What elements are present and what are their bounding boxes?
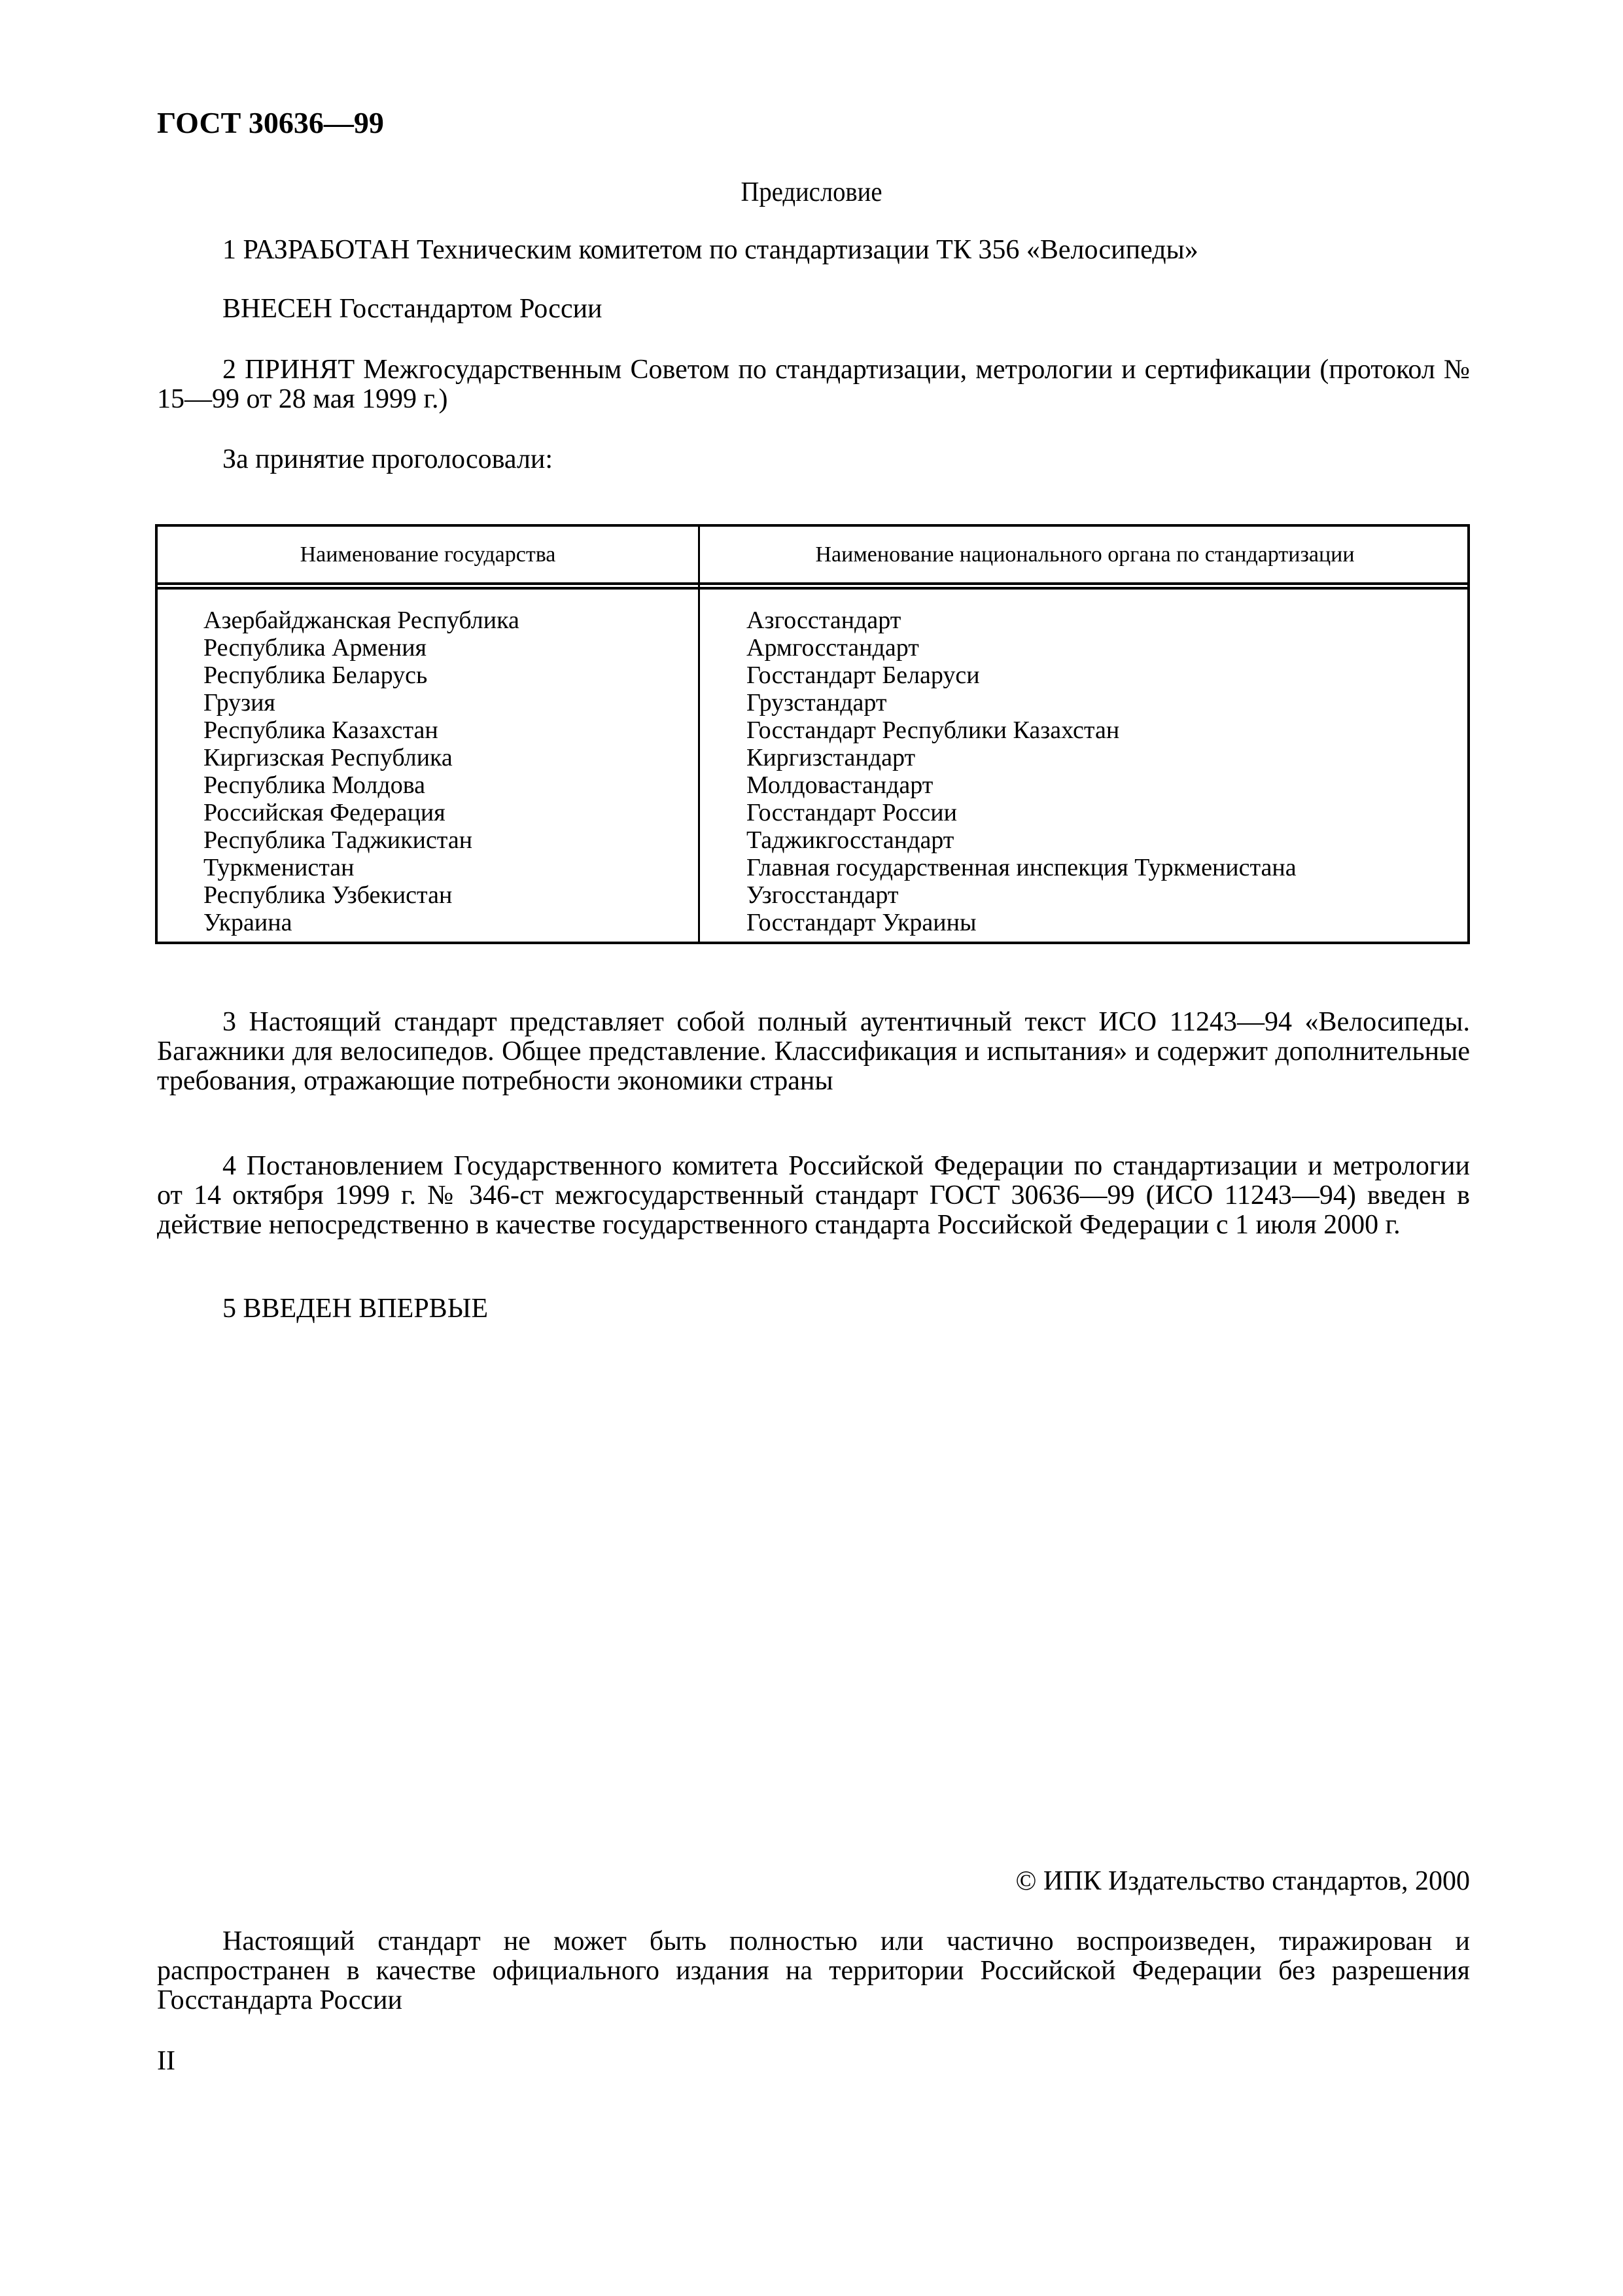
table-cell-standards-body: Госстандарт России (746, 799, 1297, 826)
table-cell-standards-body: Молдовастандарт (746, 771, 1297, 799)
reproduction-notice: Настоящий стандарт не может быть полност… (157, 1927, 1470, 2015)
table-cell-state: Украина (203, 909, 519, 936)
table-cell-state: Республика Узбекистан (203, 881, 519, 909)
paragraph-4-decree: 4 Постановлением Государственного комите… (157, 1152, 1470, 1240)
table-cell-state: Республика Молдова (203, 771, 519, 799)
table-cell-standards-body: Киргизстандарт (746, 744, 1297, 771)
table-cell-standards-body: Госстандарт Республики Казахстан (746, 716, 1297, 744)
table-header-state: Наименование государства (158, 539, 698, 571)
table-cell-state: Республика Таджикистан (203, 826, 519, 854)
table-cell-state: Республика Беларусь (203, 662, 519, 689)
paragraph-voted-for: За принятие проголосовали: (157, 445, 1470, 474)
table-header-standards-body: Наименование национального органа по ста… (700, 539, 1470, 571)
table-cell-standards-body: Таджикгосстандарт (746, 826, 1297, 854)
table-cell-state: Киргизская Республика (203, 744, 519, 771)
paragraph-1-developed-by: 1 РАЗРАБОТАН Техническим комитетом по ст… (157, 236, 1470, 265)
section-title: Предисловие (65, 175, 1558, 209)
copyright-line: © ИПК Издательство стандартов, 2000 (1015, 1865, 1470, 1898)
table-cell-standards-body: Госстандарт Украины (746, 909, 1297, 936)
table-cell-standards-body: Главная государственная инспекция Туркме… (746, 854, 1297, 881)
table-cell-state: Грузия (203, 689, 519, 716)
paragraph-1-introduced-by: ВНЕСЕН Госстандартом России (157, 294, 1470, 324)
document-code-header: ГОСТ 30636—99 (157, 105, 384, 141)
table-cell-standards-body: Грузстандарт (746, 689, 1297, 716)
table-cell-standards-body: Армгосстандарт (746, 634, 1297, 662)
table-header-rule (158, 582, 1467, 585)
table-cell-state: Азербайджанская Республика (203, 607, 519, 634)
paragraph-2-adopted-by: 2 ПРИНЯТ Межгосударственным Советом по с… (157, 355, 1470, 414)
table-column-standards-bodies: АзгосстандартАрмгосстандартГосстандарт Б… (746, 607, 1297, 936)
table-column-states: Азербайджанская РеспубликаРеспублика Арм… (203, 607, 519, 936)
table-cell-state: Республика Казахстан (203, 716, 519, 744)
page-number: II (157, 2045, 175, 2077)
table-cell-standards-body: Узгосстандарт (746, 881, 1297, 909)
table-cell-state: Российская Федерация (203, 799, 519, 826)
paragraph-5-introduced-first-time: 5 ВВЕДЕН ВПЕРВЫЕ (157, 1294, 1470, 1324)
table-cell-state: Республика Армения (203, 634, 519, 662)
table-cell-standards-body: Азгосстандарт (746, 607, 1297, 634)
table-cell-state: Туркменистан (203, 854, 519, 881)
table-header-rule-double (158, 587, 1467, 590)
table-cell-standards-body: Госстандарт Беларуси (746, 662, 1297, 689)
paragraph-3-iso-text: 3 Настоящий стандарт представляет собой … (157, 1008, 1470, 1096)
voting-states-table: Наименование государства Наименование на… (155, 524, 1470, 944)
